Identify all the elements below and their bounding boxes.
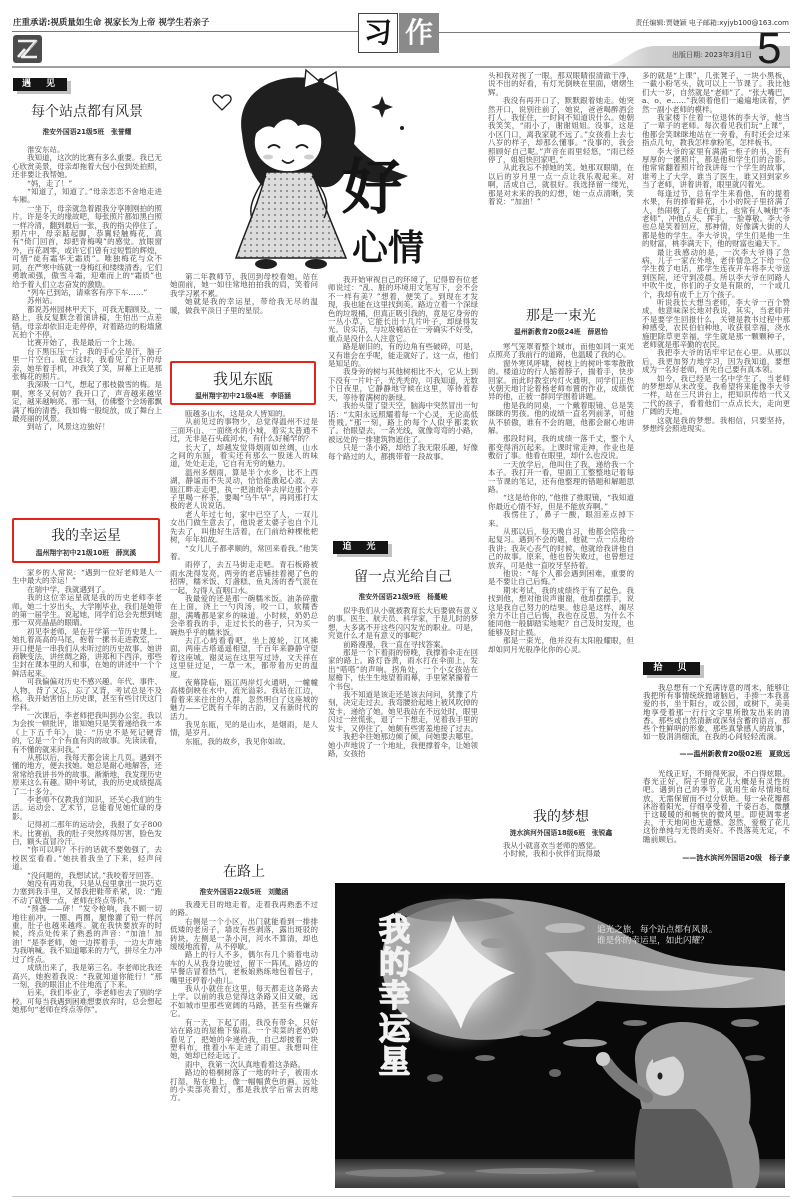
header-rule-right xyxy=(439,32,790,33)
paragraph: 从前见过的事物少，总觉得温州不过是三面环山、一面绕水的小城，着实太普通不过，无非… xyxy=(170,418,318,443)
header-rule-left xyxy=(12,31,358,32)
masthead-slogan: 庄重承诺:视质量如生命 视家长为上帝 视学生若亲子 xyxy=(13,18,209,28)
paragraph: 期末考试，我的成绩终于有了起色。我找到他，想对他说声谢谢，他却摆摆手，说这是我自… xyxy=(488,587,634,637)
paragraph: 我见东瓯，见的是山水，是烟雨，是人情，是岁月。 xyxy=(170,721,318,738)
paragraph: 老人年过七旬，家中已空了人，一双儿女出门做生意去了，他说老太婆子也自个儿先去了，… xyxy=(170,511,318,545)
paragraph: 第二年教师节，我回到母校看她。站在她面前，她一如往常地拍拍我的肩，笑着问我学习累… xyxy=(170,273,318,298)
paragraph: 后来，我们毕业了，李老师也去了别的学校。可每当我遇到困难想要放弃时，总会想起她那… xyxy=(12,989,162,1014)
article-body-my-dream-continued: 多的就是“上课”，几张凳子，一块小黑板，一截小粉笔头，就可以上一节课了。我比他们… xyxy=(642,72,790,653)
paragraph: 长大了，却越发觉得烟雨如丝绸，山水之间的东瓯，着实还有那么一股迷人的味道，处处走… xyxy=(170,444,318,469)
paragraph: “预备——砰！”发令枪响，我不顾一切地往前冲。一圈、两圈，腿像灌了铅一样沉重，肚… xyxy=(12,905,162,964)
paragraph: 右侧是一个小区，出门就能看到一排排低矮的老房子，墙皮有些剥落，露出斑驳的砖块。左… xyxy=(170,918,318,952)
article-author-every-station: 淮安外国语21级5班 张誉耀 xyxy=(12,128,162,137)
article-body-on-the-road: 我漫无目的地走着，走着我再熟悉不过的路。右侧是一个小区，出门就能看到一排排低矮的… xyxy=(170,901,318,1193)
paragraph: 我没有再开口了，默默跟着她走。她突然开口，说别往前了，她说，爸爸喝醉酒会打人。我… xyxy=(488,97,634,164)
paragraph: 她没有再劝我，只是从包里拿出一块巧克力塞到我手里，又帮我把鞋带系紧，说：“跑不动… xyxy=(12,880,162,905)
paragraph: 路是崭旧的，有的边角有些破碎，可是，又有谁会在乎呢，能走就好了。这一点，他们是知… xyxy=(328,343,478,368)
paragraph: 我深吸一口气，想起了那枝傲雪的梅。是啊，寒冬又何妨？我开口了，声音越来越坚定，越… xyxy=(12,381,162,423)
paragraph: 那段时间，我的成绩一落千丈，整个人都变得消沉起来。上课时常走神，作业也是敷衍了事… xyxy=(488,435,634,460)
paragraph: 多的就是“上课”，几张凳子，一块小黑板，一截小粉笔头，就可以上一节课了。我比他们… xyxy=(642,72,790,114)
article-author-seeing-dongou: 温州翔宇初中21级4班 李语涵 xyxy=(172,392,314,401)
section-label-meet: 遇 见 xyxy=(13,78,67,91)
paragraph: 从那以后，我每天都会读上几页。遇到不懂的地方，便去找她。她总是耐心地解答，还常常… xyxy=(12,754,162,796)
article-title-keep-light: 留一点光给自己 xyxy=(328,569,478,586)
paragraph: 去江心屿看看吧。坐上渡轮，江风拂面，两座古塔遥遥相望，千百年来静静守望着这座城。… xyxy=(170,637,318,679)
paragraph: 我的这位幸运星就是我的历史老师李老师。她二十岁出头，大学刚毕业，我们是她带的第一… xyxy=(12,594,162,628)
paragraph: 从此我忘不掉她的笑。她那双眼睛，在以后的岁月里一点一点让我乐观起来。对啊，活成自… xyxy=(488,164,634,206)
paragraph: 我从小就住在这里，每天都走这条路去上学。以前的我总觉得这条路又旧又破，远不如城市… xyxy=(170,985,318,1019)
article-body-my-dream: 我从小就喜欢当老师的感觉。小时候，我和小伙伴们玩得最 xyxy=(488,842,634,878)
article-body-on-the-road-continued: 我开始审视自己的环境了，记得曾有位老师说过：“乱、脏的环境用文笔写下，会不会不一… xyxy=(328,276,478,536)
article-author-keep-light: 淮安外国语21级9班 杨蔓峻 xyxy=(328,593,478,602)
paragraph: “这是给你的，”他推了推眼镜，“我知道你最近心情不好，但是不能放弃啊。” xyxy=(488,494,634,511)
paragraph: 路上的行人不多，偶尔有几个骑着电动车的人从我身边驶过，留下一阵风。路边的早餐店冒… xyxy=(170,951,318,985)
feature-caption: 追光之旅，每个站点都有风景。 谁是你的幸运星，如此闪耀？ xyxy=(597,925,717,947)
paragraph: 记得初二那年的运动会，我报了女子800米。比赛前，我的肚子突然疼得厉害，脸色发白… xyxy=(12,821,162,846)
paragraph: 我漫无目的地走着，走着我再熟悉不过的路。 xyxy=(170,901,318,918)
paragraph: 我不知道是该走还是该去问问，犹豫了片刻，决定走过去。我弯腰拾起地上被风吹掉的发卡… xyxy=(328,691,478,733)
article-body-beam-of-light: 寒气笼罩着整个城市，而他如同一束光点照亮了我前行的道路，也温暖了我的心。窗外寒风… xyxy=(488,343,634,795)
section-label-shells: 拾 贝 xyxy=(643,662,700,675)
illustration-title-small: 心情 xyxy=(352,228,424,269)
section-label-chase-light: 追 光 xyxy=(333,541,388,554)
paragraph: 光线正好，不暗得死寂，不白得炫眼。春光正好，院子里的花儿大概是有灵性的吧。遇到自… xyxy=(643,770,790,844)
article-author-beam-of-light: 温州新教育20级24班 薛恩怡 xyxy=(488,328,634,337)
lucky-star-feature-image: 我的幸运星 追光之旅，每个站点都有风景。 谁是你的幸运星，如此闪耀？ xyxy=(335,883,785,1188)
article-title-on-the-road: 在路上 xyxy=(170,864,318,881)
paragraph: 每逢过节，总有学生来看他，有的提着水果，有的捧着鲜花，小小的院子里挤满了人，热闹… xyxy=(642,190,790,249)
feature-caption-line-2: 谁是你的幸运星，如此闪耀？ xyxy=(597,936,717,947)
paragraph: 到站了，风景这边独好！ xyxy=(12,423,162,431)
paragraph: 只是一条小路，却给了我无限乐趣，好像每个路过的人，都携带着一段故事。 xyxy=(328,444,478,461)
paragraph: 他是我的同桌，一个戴着眼镜、总是笑眯眯的男孩。他的成绩一直名列前茅，可他从不骄傲… xyxy=(488,402,634,436)
paragraph: 一天放学后，他叫住了我，递给我一个本子。我打开一看，里面工工整整地记着每一节课的… xyxy=(488,461,634,495)
article-body-keep-light-continued: 头和我对视了一眼。那双眼睛很清澈干净，说不出的好看，有灯光倒映在里面，熠熠生辉。… xyxy=(488,72,634,294)
paragraph: 一次课后，李老师把我叫到办公室。我以为会挨一顿批评，谁知她只是笑着递给我一本《上… xyxy=(12,712,162,754)
article-author-my-dream: 涟水滨河外国语18级6班 张锐鑫 xyxy=(488,829,634,838)
paragraph: 可我偏偏对历史不感兴趣。年代、事件、人物，背了又忘，忘了又背，考试总是不及格。我… xyxy=(12,678,162,712)
feature-caption-line-1: 追光之旅，每个站点都有风景。 xyxy=(597,925,717,936)
page-number: 5 xyxy=(757,27,781,71)
article-author-lucky-star: 温州翔宇初中21级10班 薛岚溪 xyxy=(14,549,158,558)
paragraph: 窗外寒风呼啸，树枝上的树叶零零散散的。楼道边的行人缩着脖子，揣着手，快步回家。而… xyxy=(488,360,634,402)
illustration-title-big: 好 xyxy=(342,153,402,223)
paragraph: 我愣住了，鼻子一酸，眼泪差点掉下来。 xyxy=(488,511,634,528)
article-body-lucky-star: 家乡的人常说：“遇到一位好老师是人一生中最大的幸运！”在瑞中学，我就遇到了。我的… xyxy=(12,569,162,1193)
paragraph: 我身旁的树与其他树相比不大，它从上到下没有一片叶子，光秃秃的，可我知道，无数个日… xyxy=(328,368,478,402)
shells-excerpt-2: 光线正好，不暗得死寂，不白得炫眼。春光正好，院子里的花儿大概是有灵性的吧。遇到自… xyxy=(643,770,790,853)
shells-attribution-1: ——温州新教育20级02班 夏致远 xyxy=(643,750,790,759)
paragraph: 寒气笼罩着整个城市，而他如同一束光点照亮了我前行的道路，也温暖了我的心。 xyxy=(488,343,634,360)
shells-excerpt-1: 我总想有一个充满诗意的周末，能够让我把所有事情统统抛诸脑后，手捧一本我喜爱的书，… xyxy=(643,684,790,750)
paragraph: 台下黑压压一片，我的手心全是汗，脑子里一片空白。就在这时，我看见了台下的母亲，她… xyxy=(12,348,162,382)
paragraph: 一坐下，母亲就急着跟我分享刚刚拍的照片。许是冬天的缘故吧，每张照片都如黑白照一样… xyxy=(12,205,162,289)
publish-date: 出版日期: 2023年3月1日 xyxy=(672,50,752,60)
xz-logo-icon xyxy=(13,35,42,63)
paragraph: 夜幕降临，瓯江两岸灯火通明，一幢幢高楼倒映在水中，流光溢彩。我站在江边，看着来来… xyxy=(170,679,318,721)
article-body-seeing-dongou: 瓯越多山水，这是众人皆知的。从前见过的事物少，总觉得温州不过是三面环山、一面绕水… xyxy=(170,410,318,860)
highlight-box-lucky-star: 我的幸运星 温州翔宇初中21级10班 薛岚溪 xyxy=(12,518,160,563)
paragraph: 我抬头望了望天空，脑海中突然冒出一句话：“太阳永远照耀着每一个心灵，无论高低贵贱… xyxy=(328,402,478,444)
paragraph: 我把李大爷的话牢牢记在心里。从那以后，我更加努力地学习，因为我知道，要想成为一名… xyxy=(642,349,790,374)
column-name-char-1: 习 xyxy=(358,13,398,53)
paragraph: “你可以吗？不行的话就不要勉强了，去校医室看看。”她扶着我坐了下来，轻声问道。 xyxy=(12,846,162,871)
paragraph: 路边的梧桐树落了一地的叶子，被雨水打湿，贴在地上，像一幅幅黄色的画。远处的小卖部… xyxy=(170,1069,318,1103)
paragraph: 头和我对视了一眼。那双眼睛很清澈干净，说不出的好看，有灯光倒映在里面，熠熠生辉。 xyxy=(488,72,634,97)
paragraph: 听说我长大想当老师，李大爷一百个赞成，他意味深长地对我说，其实，当老师并不是要学… xyxy=(642,299,790,349)
paragraph: 初见李老师，是在开学第一节历史课上。她扎着高高的马尾，抱着一摞书走进教室，一开口… xyxy=(12,628,162,678)
article-author-on-the-road: 淮安外国语22级5班 刘懿函 xyxy=(170,888,318,897)
article-body-keep-light: 似乎我们从小就被教育长大后要做有意义的事。医生、航天员、科学家，于是儿时的梦想，… xyxy=(328,607,478,879)
paragraph: 似乎我们从小就被教育长大后要做有意义的事。医生、航天员、科学家，于是儿时的梦想，… xyxy=(328,607,478,641)
paragraph: 我开始审视自己的环境了，记得曾有位老师说过：“乱、脏的环境用文笔写下，会不会不一… xyxy=(328,276,478,343)
paragraph: 有一天，下起了雨，我没有带伞，只好站在路边的屋檐下躲雨。一个卖菜的老奶奶看见了，… xyxy=(170,1019,318,1061)
paragraph: 最让我感动的是，一次李大爷得了急病，儿子一家在外地，老伴情急之下给一位学生拨了电… xyxy=(642,249,790,299)
paragraph: 这就是我的梦想。我相信，只要坚持，梦想终会照进现实。 xyxy=(642,417,790,434)
article-title-beam-of-light: 那是一束光 xyxy=(488,308,634,325)
paragraph: 小时候，我和小伙伴们玩得最 xyxy=(488,850,634,858)
paragraph: 那是一个下着雨的傍晚，我撑着伞走在回家的路上。路灯昏黄，雨水打在伞面上，发出“嗒… xyxy=(328,649,478,691)
paragraph: 那是一束光，他并没有太阳般耀眼，但却如同月光般净化你的心灵。 xyxy=(488,637,634,654)
highlight-box-seeing-dongou: 我见东瓯 温州翔宇初中21级4班 李语涵 xyxy=(170,361,316,405)
article-body-every-station: 淮安东站。我知道，这次的比赛有多么重要。我已无心欣赏美景，母亲却拖着大包小包到处… xyxy=(12,146,162,510)
column-name-char-2: 作 xyxy=(399,13,439,53)
paragraph: “知道了，知道了。”母亲恋恋不舍地走进车厢。 xyxy=(12,188,162,205)
paragraph: 雨停了，去五马街走走吧。青石板路被雨水洗得发亮，两旁的老店铺挂着褪了色的招牌，糯… xyxy=(170,561,318,595)
page-bottom-rule xyxy=(12,1196,790,1197)
paragraph: 东瓯，我的故乡，我见你如故。 xyxy=(170,738,318,746)
article-title-lucky-star: 我的幸运星 xyxy=(14,528,158,545)
paragraph: 李大爷的家里有满满一柜子的书，还有厚厚的一摞照片，都是他和学生们的合影。他常常翻… xyxy=(642,148,790,190)
paragraph: “女儿儿子都孝顺的，常回来看我。”他笑着。 xyxy=(170,545,318,562)
paragraph: 成绩出来了，我是第三名。李老师比我还高兴，她抱着我说：“我就知道你能行！”那一刻… xyxy=(12,964,162,989)
paragraph: 我知道，这次的比赛有多么重要。我已无心欣赏美景，母亲却拖着大包小包到处拍照，还非… xyxy=(12,154,162,179)
paragraph: 我最爱的还是那一碗糯米饭。油条碎撒在上面，浇上一勺肉汤，咬一口，软糯香甜，满嘴都… xyxy=(170,595,318,637)
good-mood-illustration: 好 心情 xyxy=(170,68,480,270)
paragraph: 我把伞往她那边倾了倾，问她要去哪里。她小声地说了一个地址，我便撑着伞，让她领路，… xyxy=(328,733,478,758)
article-title-every-station: 每个站点都有风景 xyxy=(12,104,162,121)
paragraph: 我家楼下住着一位退休的李大爷，他当了一辈子的老师。每次看见我们玩“上课”，他都会… xyxy=(642,114,790,148)
paragraph: 我总想有一个充满诗意的周末，能够让我把所有事情统统抛诸脑后，手捧一本我喜爱的书，… xyxy=(643,684,790,741)
paragraph: 他说：“每个人都会遇到困难，重要的是不要让自己后悔。” xyxy=(488,570,634,587)
feature-vertical-title: 我的幸运星 xyxy=(373,913,409,1078)
article-title-seeing-dongou: 我见东瓯 xyxy=(172,371,314,388)
article-title-my-dream: 我的梦想 xyxy=(488,809,634,826)
paragraph: 都说苏州园林甲天下，可我无暇顾及。一路上，我反复默念着演讲稿，生怕出一点差错。母… xyxy=(12,306,162,340)
paragraph: 她就是我的幸运星，带给我无尽的温暖，做我平淡日子里的星辰。 xyxy=(170,298,318,315)
paragraph: 从那以后，每天晚自习，他都会陪我一起复习。遇到不会的题，他就一点一点地给我讲；我… xyxy=(488,528,634,570)
paragraph: 温州多烟雨，算是半个水乡，比不上西湖，静谧而不失灵动，恰恰能激起心波。去瓯江畔走… xyxy=(170,469,318,511)
article-body-lucky-star-continued: 第二年教师节，我回到母校看她。站在她面前，她一如往常地拍拍我的肩，笑着问我学习累… xyxy=(170,273,318,353)
paragraph: 李老师不仅教我们知识，还关心我们的生活。运动会、艺术节，总能看见她忙碌的身影。 xyxy=(12,796,162,821)
paragraph: 家乡的人常说：“遇到一位好老师是人一生中最大的幸运！” xyxy=(12,569,162,586)
paragraph: 如今，我已经是一名中学生了，当老师的梦想却从未改变。我希望将来能像李大爷一样，站… xyxy=(642,375,790,417)
shells-attribution-2: ——涟水滨河外国语20级 杨子豪 xyxy=(643,854,790,863)
